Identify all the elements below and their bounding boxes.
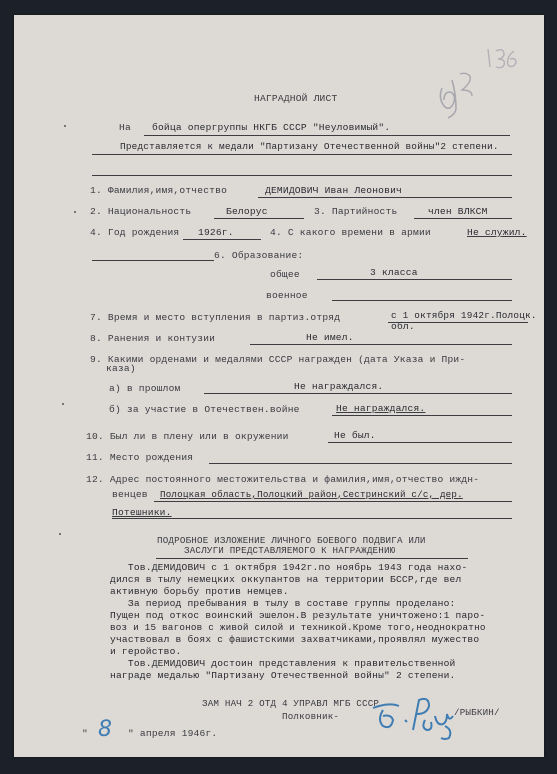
field-9-label-cont: каза): [106, 363, 136, 374]
narrative-line: Пущен под откос воинский эшелон.В резуль…: [110, 610, 485, 621]
blank-underline: [92, 175, 512, 176]
field-9a-label: а) в прошлом: [109, 383, 181, 394]
field-4-underline: [183, 239, 261, 240]
field-9-label: 9. Какими орденами и медалями СССР награ…: [90, 354, 465, 365]
section-title-underline: [156, 558, 468, 559]
signatory-name: /РЫБКИН/: [454, 707, 500, 718]
field-6-label: 6. Образование:: [214, 250, 303, 261]
field-4-label: 4. Год рождения: [90, 227, 179, 238]
field-11-underline: [209, 463, 512, 464]
presented-value: Представляется к медали "Партизану Отече…: [120, 141, 499, 152]
pencil-mark-83: [434, 60, 484, 120]
field-7-value: с 1 октября 1942г.Полоцк.: [391, 310, 537, 321]
paper-speck: [62, 403, 64, 405]
field-12-value-cont: Потешники.: [112, 507, 172, 518]
field-12-underline-2: [112, 518, 512, 519]
field-12-underline: [154, 501, 512, 502]
field-3-value: член ВЛКСМ: [428, 206, 488, 217]
document-title: НАГРАДНОЙ ЛИСТ: [254, 93, 337, 104]
field-2-label: 2. Национальность: [90, 206, 191, 217]
field-12-label-cont: венцев: [112, 489, 148, 500]
presented-underline: [92, 154, 512, 155]
narrative-line: участвовал в боях с фашистскими захватчи…: [110, 634, 479, 645]
field-10-value: Не был.: [334, 430, 376, 441]
field-2-underline: [214, 218, 304, 219]
field-6-military-label: военное: [266, 290, 308, 301]
section-title-line-2: ЗАСЛУГИ ПРЕДСТАВЛЯЕМОГО К НАГРАЖДЕНИЮ: [184, 545, 395, 556]
narrative-line: Тов.ДЕМИДОВИЧ с 1 октября 1942г.по ноябр…: [110, 562, 467, 573]
field-3-label: 3. Партийность: [314, 206, 397, 217]
paper-speck: [64, 125, 66, 127]
field-9a-underline: [204, 393, 512, 394]
signature-position: ЗАМ НАЧ 2 ОТД 4 УПРАВЛ МГБ СССР: [202, 698, 379, 709]
narrative-line: За период пребывания в тылу в составе гр…: [110, 598, 456, 609]
field-9b-label: б) за участие в Отечествен.войне: [109, 404, 300, 415]
field-1-underline: [258, 197, 512, 198]
narrative-line: воз и 15 вагонов с живой силой и технико…: [110, 622, 486, 633]
signature-rank: Полковник-: [282, 711, 339, 722]
field-6-general-value: 3 класса: [370, 267, 418, 278]
field-8-label: 8. Ранения и контузии: [90, 333, 215, 344]
field-8-value: Не имел.: [306, 332, 354, 343]
na-underline: [144, 135, 510, 136]
field-7-label: 7. Время и место вступления в партиз.отр…: [90, 312, 340, 323]
date-rest: " апреля 1946г.: [128, 728, 217, 739]
narrative-line: награде медалью "Партизану Отечественной…: [110, 670, 456, 681]
field-9a-value: Не награждался.: [294, 381, 383, 392]
field-12-value: Полоцкая область,Полоцкий район,Сестринс…: [160, 489, 463, 500]
field-8-underline: [250, 344, 512, 345]
field-12-label: 12. Адрес постоянного местожительства и …: [86, 474, 479, 485]
date-day: 8: [98, 718, 112, 742]
field-3-underline: [414, 218, 512, 219]
field-6-general-label: общее: [270, 269, 300, 280]
field-4b-value: Не служил.: [467, 227, 527, 238]
handwritten-signature: [369, 690, 459, 740]
field-9b-value: Не награждался.: [336, 403, 425, 414]
field-9b-underline: [332, 415, 512, 416]
paper-speck: [74, 211, 76, 213]
paper-speck: [59, 533, 61, 535]
na-value: бойца опергруппы НКГБ СССР "Неуловимый".: [152, 122, 390, 133]
field-10-underline: [328, 442, 512, 443]
field-4-value: 1926г.: [198, 227, 234, 238]
field-4b-label: 4. С какого времени в армии: [270, 227, 431, 238]
field-11-label: 11. Место рождения: [86, 452, 193, 463]
na-label: На: [119, 122, 131, 133]
field-1-label: 1. Фамилия,имя,отчество: [90, 185, 227, 196]
field-1-value: ДЕМИДОВИЧ Иван Леонович: [265, 185, 402, 196]
narrative-line: дился в тылу немецких оккупантов на терр…: [110, 574, 461, 585]
field-6-general-underline: [317, 279, 512, 280]
narrative-line: активную борьбу против немцев.: [110, 586, 289, 597]
pencil-mark-136: [484, 43, 534, 73]
narrative-line: Тов.ДЕМИДОВИЧ достоин представления к пр…: [110, 658, 456, 669]
field-6-military-underline: [332, 300, 512, 301]
date-quote-open: ": [82, 728, 88, 739]
narrative-line: и геройство.: [110, 646, 182, 657]
field-5-underline: [92, 260, 214, 261]
field-2-value: Белорус: [226, 206, 268, 217]
field-7-value-cont: обл.: [391, 321, 415, 332]
field-10-label: 10. Был ли в плену или в окружении: [86, 431, 289, 442]
award-sheet: НАГРАДНОЙ ЛИСТ На бойца опергруппы НКГБ …: [14, 15, 544, 757]
